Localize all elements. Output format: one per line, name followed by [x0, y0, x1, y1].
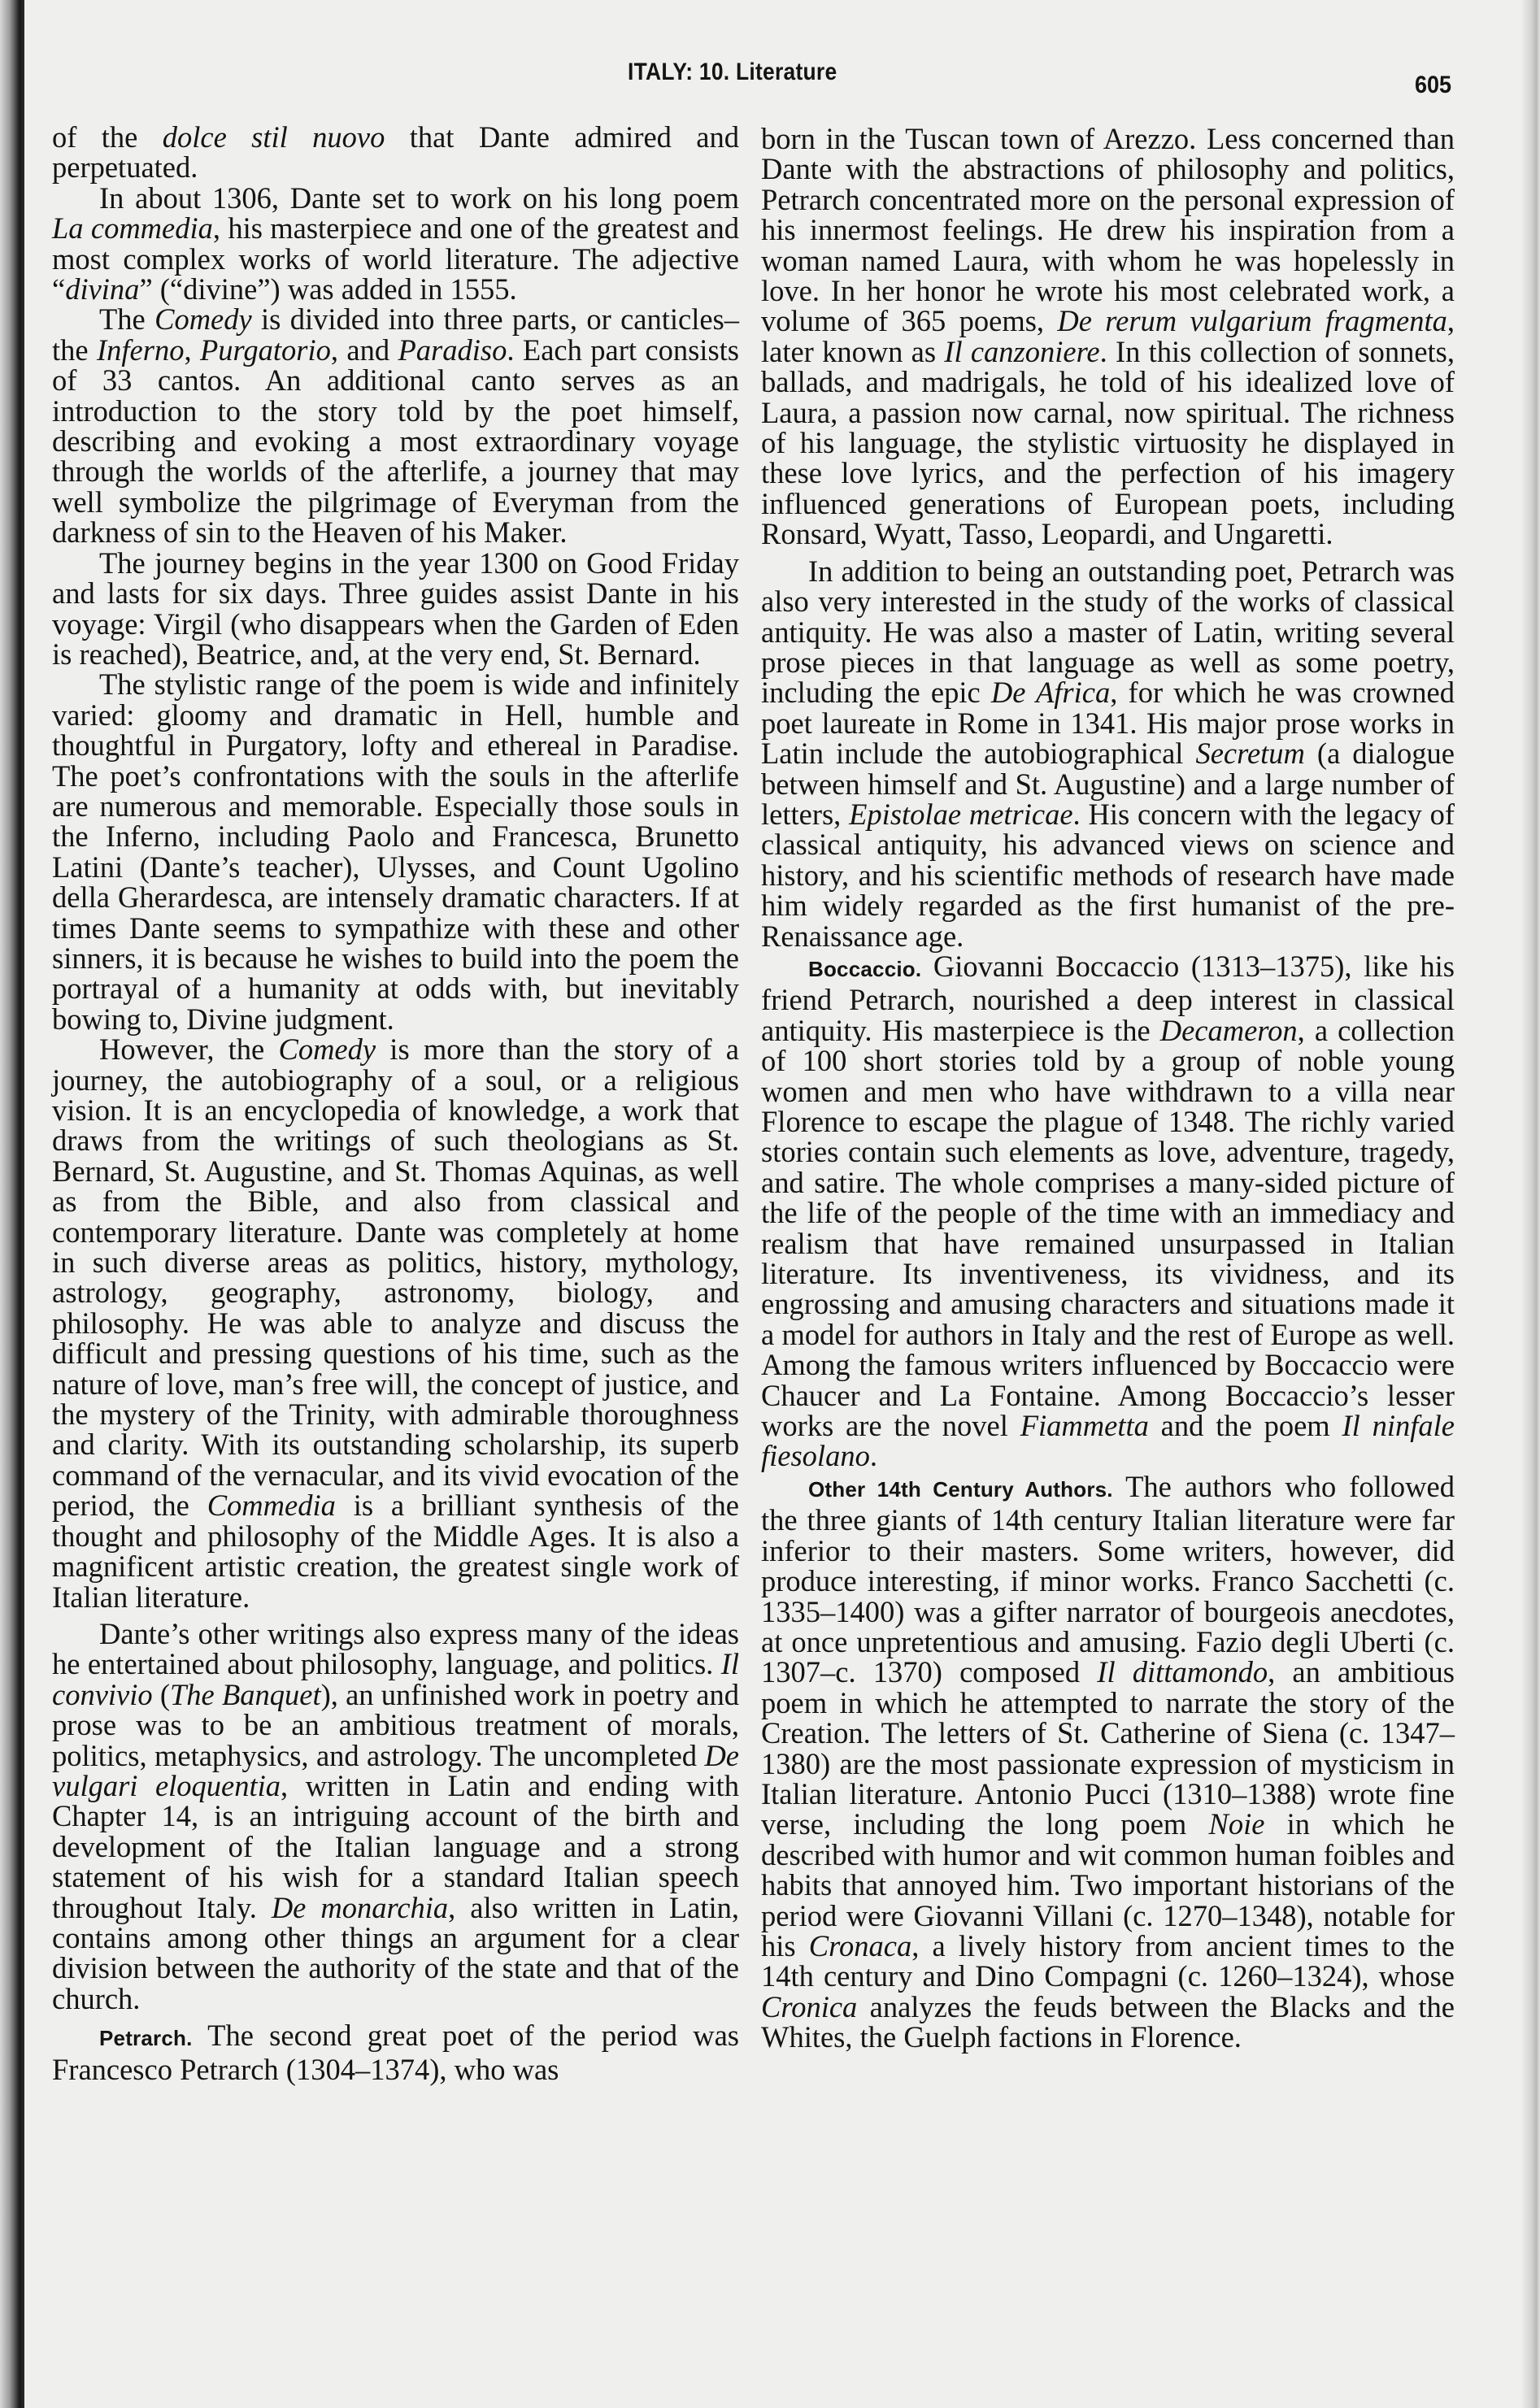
- italic-title: Comedy: [154, 302, 252, 336]
- italic-title: De rerum vulgarium fragmenta: [1057, 304, 1447, 337]
- italic-title: Cronica: [761, 1990, 857, 2023]
- paragraph-journey: The journey begins in the year 1300 on G…: [52, 548, 739, 670]
- italic-title: Il dittamondo: [1097, 1655, 1268, 1689]
- paragraph-other-authors: Other 14th Century Authors. The authors …: [761, 1471, 1455, 2053]
- italic-title: De Africa: [991, 676, 1110, 709]
- paragraph-comedy-parts: The Comedy is divided into three parts, …: [52, 304, 739, 547]
- italic-title: Noie: [1208, 1807, 1264, 1841]
- section-heading-other-authors: Other 14th Century Authors.: [808, 1477, 1113, 1502]
- italic-title: La commedia: [52, 211, 213, 245]
- section-heading-boccaccio: Boccaccio.: [808, 957, 921, 981]
- italic-title: Decameron: [1160, 1014, 1298, 1047]
- paragraph-petrarch-intro: Petrarch. The second great poet of the p…: [52, 2020, 739, 2084]
- italic-title: Epistolae metricae: [849, 798, 1072, 831]
- italic-title: Secretum: [1195, 737, 1304, 770]
- book-binding-shadow: [0, 0, 24, 2408]
- left-column: of the dolce stil nuovo that Dante admir…: [52, 122, 739, 2084]
- paragraph-la-commedia: In about 1306, Dante set to work on his …: [52, 183, 739, 305]
- paragraph-dolce-stil-nuovo: of the dolce stil nuovo that Dante admir…: [52, 122, 739, 183]
- paragraph-petrarch-laura: born in the Tuscan town of Arezzo. Less …: [761, 124, 1455, 550]
- italic-title: Cronaca: [809, 1929, 911, 1962]
- page-number: 605: [1415, 72, 1451, 99]
- italic-title: Comedy: [278, 1032, 376, 1066]
- paragraph-other-writings: Dante’s other writings also express many…: [52, 1619, 739, 2014]
- italic-title: Il canzoniere: [944, 335, 1099, 368]
- section-heading-petrarch: Petrarch.: [99, 2026, 193, 2050]
- book-page: ITALY: 10. Literature 605 of the dolce s…: [24, 0, 1522, 2408]
- paragraph-encyclopedia: However, the Comedy is more than the sto…: [52, 1034, 739, 1612]
- italic-title: Inferno: [97, 333, 184, 367]
- paragraph-stylistic-range: The stylistic range of the poem is wide …: [52, 669, 739, 1034]
- paragraph-boccaccio: Boccaccio. Giovanni Boccaccio (1313–1375…: [761, 951, 1455, 1471]
- italic-title: Commedia: [207, 1489, 336, 1522]
- italic-title: dolce stil nuovo: [163, 120, 385, 154]
- running-head: ITALY: 10. Literature: [628, 59, 837, 86]
- italic-title: The Banquet: [170, 1678, 321, 1711]
- italic-title: Paradiso: [398, 333, 507, 367]
- italic-word: divina: [65, 272, 139, 306]
- page-edge: [1522, 0, 1540, 2408]
- italic-title: Fiammetta: [1020, 1409, 1149, 1442]
- right-column: born in the Tuscan town of Arezzo. Less …: [761, 124, 1455, 2053]
- paragraph-petrarch-latin: In addition to being an outstanding poet…: [761, 556, 1455, 951]
- italic-title: De monarchia: [272, 1891, 448, 1924]
- italic-title: Purgatorio: [200, 333, 331, 367]
